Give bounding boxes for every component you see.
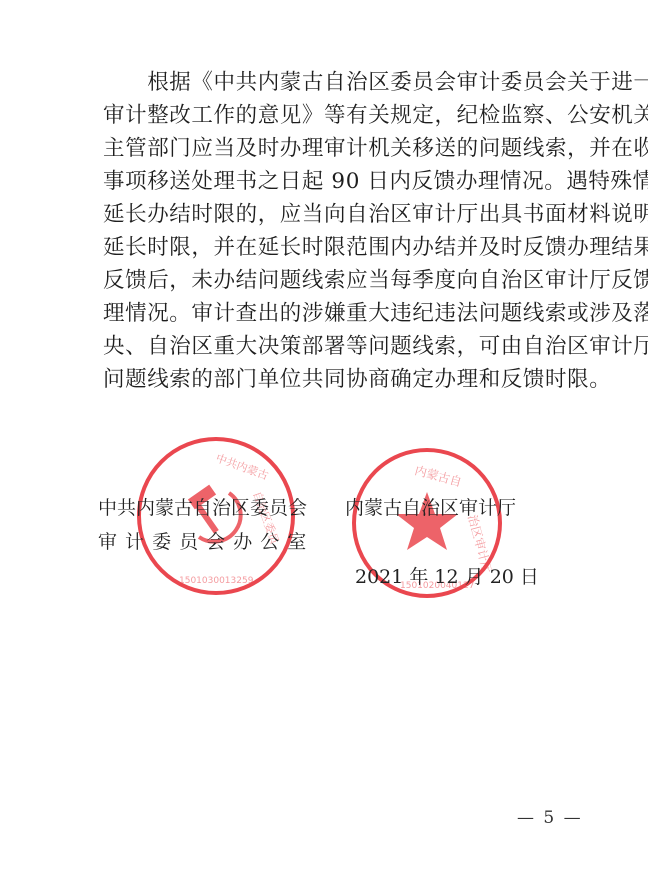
document-page: 根据《中共内蒙古自治区委员会审计委员会关于进一步加强 审计整改工作的意见》等有关… — [0, 0, 648, 870]
body-line: 央、自治区重大决策部署等问题线索，可由自治区审计厅与受理 — [103, 332, 648, 362]
body-line: 审计整改工作的意见》等有关规定，纪检监察、公安机关和有关 — [103, 101, 648, 131]
body-line: 延长时限，并在延长时限范围内办结并及时反馈办理结果。首次 — [103, 233, 648, 263]
body-line: 理情况。审计查出的涉嫌重大违纪违法问题线索或涉及落实中 — [103, 299, 648, 329]
body-line: 根据《中共内蒙古自治区委员会审计委员会关于进一步加强 — [103, 68, 648, 98]
page-number: — 5 — — [517, 808, 583, 828]
body-line: 反馈后，未办结问题线索应当每季度向自治区审计厅反馈一次办 — [103, 266, 648, 296]
signatory-left-line2: 审 计 委 员 会 办 公 室 — [98, 530, 307, 554]
signatory-left-line1: 中共内蒙古自治区委员会 — [98, 496, 307, 520]
body-line: 主管部门应当及时办理审计机关移送的问题线索，并在收到审计 — [103, 134, 648, 164]
svg-text:1501030013259: 1501030013259 — [179, 576, 254, 586]
signatory-right: 内蒙古自治区审计厅 — [345, 496, 516, 520]
body-line: 问题线索的部门单位共同协商确定办理和反馈时限。 — [103, 365, 611, 395]
svg-text:内蒙古自: 内蒙古自 — [413, 462, 463, 489]
document-date: 2021 年 12 月 20 日 — [355, 565, 539, 589]
svg-text:中共内蒙古: 中共内蒙古 — [214, 451, 270, 483]
body-line: 事项移送处理书之日起 90 日内反馈办理情况。遇特殊情况确需 — [103, 167, 648, 197]
body-line: 延长办结时限的，应当向自治区审计厅出具书面材料说明原因及 — [103, 200, 648, 230]
